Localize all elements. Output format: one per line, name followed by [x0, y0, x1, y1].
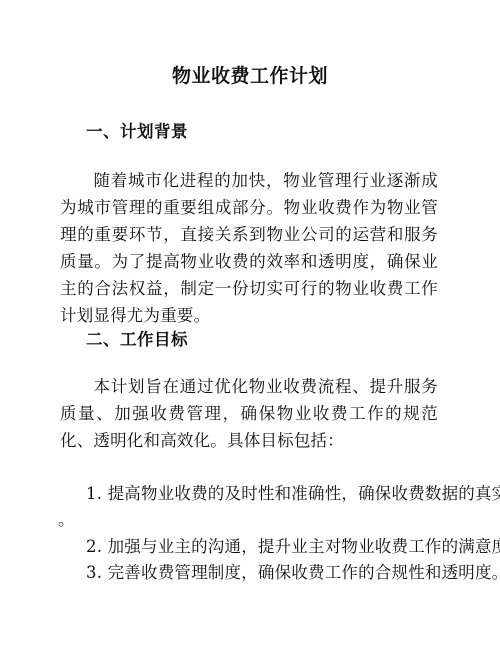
section-heading-background: 一、计划背景	[86, 118, 188, 142]
document-page: 物业收费工作计划 一、计划背景 随着城市化进程的加快，物业管理行业逐渐成为城市管…	[0, 0, 500, 647]
section-heading-goals: 二、工作目标	[86, 326, 188, 350]
section-paragraph-background: 随着城市化进程的加快，物业管理行业逐渐成为城市管理的重要组成部分。物业收费作为物…	[60, 167, 438, 329]
goal-list-item-3: 3. 完善收费管理制度，确保收费工作的合规性和透明度。	[86, 562, 438, 584]
document-title: 物业收费工作计划	[0, 61, 500, 88]
paragraph-text: 随着城市化进程的加快，物业管理行业逐渐成为城市管理的重要组成部分。物业收费作为物…	[60, 171, 438, 325]
goal-list-item-1: 1. 提高物业收费的及时性和准确性，确保收费数据的真实有效	[86, 483, 438, 505]
section-paragraph-goals: 本计划旨在通过优化物业收费流程、提升服务质量、加强收费管理，确保物业收费工作的规…	[60, 373, 438, 454]
goal-list-item-2: 2. 加强与业主的沟通，提升业主对物业收费工作的满意度。	[86, 536, 438, 558]
goal-list-item-1-overflow: 。	[58, 509, 75, 531]
paragraph-text: 本计划旨在通过优化物业收费流程、提升服务质量、加强收费管理，确保物业收费工作的规…	[60, 377, 438, 450]
